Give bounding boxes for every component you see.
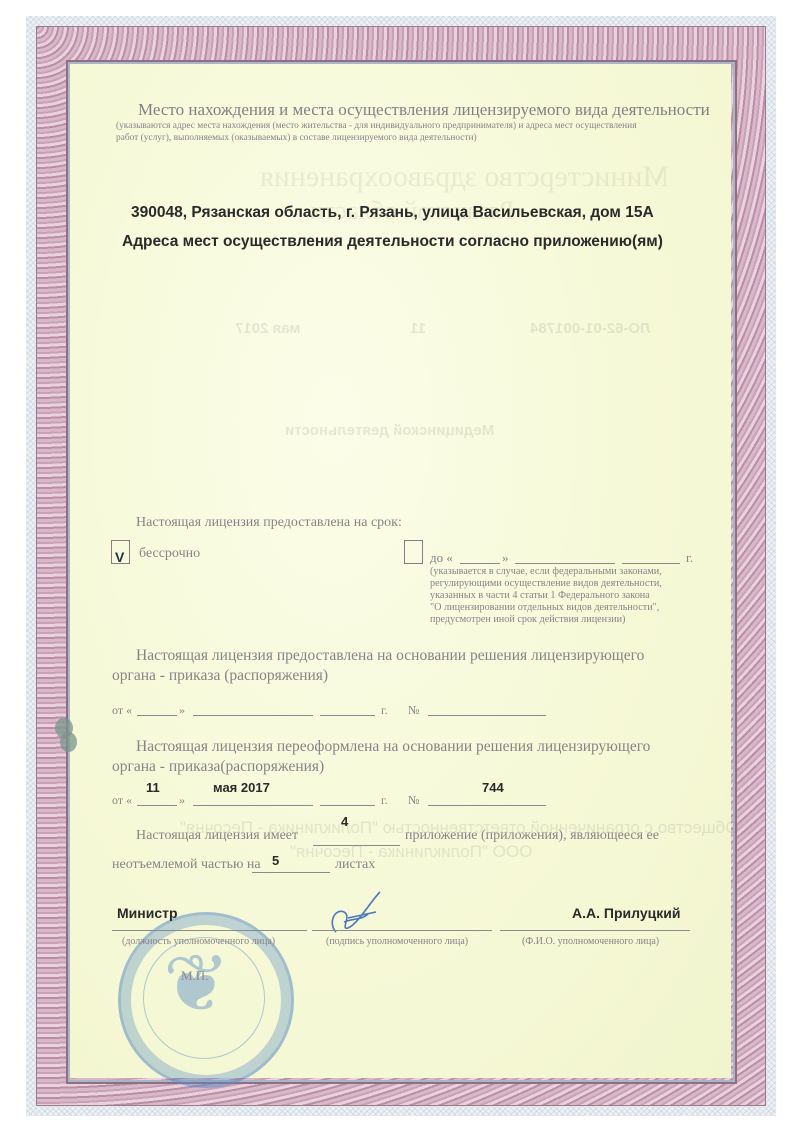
unlimited-label: бессрочно xyxy=(139,546,200,562)
address: 390048, Рязанская область, г. Рязань, ул… xyxy=(131,204,654,222)
until-suffix: г. xyxy=(686,550,693,566)
granted-from-prefix: от « xyxy=(112,703,132,718)
until-mid: » xyxy=(502,550,509,566)
term-label: Настоящая лицензия предоставлена на срок… xyxy=(136,515,402,531)
bleed-title-1: Министерство здравоохранения xyxy=(260,160,669,194)
appendix-text-suffix: приложение (приложения), являющееся ее xyxy=(405,828,659,844)
appendix-sheets: 5 xyxy=(272,853,279,868)
name-line xyxy=(500,930,690,931)
granted-number-field[interactable] xyxy=(428,715,546,716)
until-note-2: регулирующими осуществление видов деятел… xyxy=(430,578,662,589)
until-note-1: (указывается в случае, если федеральными… xyxy=(430,566,662,577)
granted-from-mid: » xyxy=(179,703,185,718)
appendix-count-field[interactable] xyxy=(313,845,400,846)
scan-smudge-2 xyxy=(60,732,77,752)
granted-month-field[interactable] xyxy=(193,715,313,716)
granted-text: Настоящая лицензия предоставлена на осно… xyxy=(136,647,644,665)
reissued-number: 744 xyxy=(482,780,504,795)
until-note-4: "О лицензировании отдельных видов деятел… xyxy=(430,602,659,613)
reissued-month-year: мая 2017 xyxy=(213,780,270,795)
signature-caption: (подпись уполномоченного лица) xyxy=(326,936,468,947)
section-heading: Место нахождения и места осуществления л… xyxy=(138,100,710,120)
bleed-activity: Медицинской деятельности xyxy=(285,422,494,439)
granted-year-field[interactable] xyxy=(320,715,375,716)
bleed-license-date: мая 2017 xyxy=(235,320,301,337)
section-heading-note-2: работ (услуг), выполняемых (оказываемых)… xyxy=(116,133,477,143)
reissued-from-mid: » xyxy=(179,793,185,808)
until-month-field[interactable] xyxy=(515,563,615,564)
until-note-5: предусмотрен иной срок действия лицензии… xyxy=(430,614,625,625)
section-heading-note: (указываются адрес места нахождения (мес… xyxy=(116,121,637,131)
appendix-sheets-field[interactable] xyxy=(252,872,330,873)
signature-line xyxy=(312,930,492,931)
signatory-name: А.А. Прилуцкий xyxy=(572,905,680,921)
appendix-sheets-prefix: неотъемлемой частью на xyxy=(112,857,261,873)
reissued-text: Настоящая лицензия переоформлена на осно… xyxy=(136,738,650,756)
until-note-3: указанных в части 4 статьи 1 Федеральног… xyxy=(430,590,650,601)
granted-day-field[interactable] xyxy=(137,715,177,716)
reissued-day-field[interactable] xyxy=(137,805,177,806)
reissued-year-field[interactable] xyxy=(320,805,375,806)
reissued-text-2: органа - приказа(распоряжения) xyxy=(112,758,324,776)
appendix-sheets-suffix: листах xyxy=(335,857,375,873)
until-checkbox[interactable] xyxy=(404,540,423,564)
appendix-count: 4 xyxy=(341,814,348,829)
position-caption: (должность уполномоченного лица) xyxy=(122,936,275,947)
position-line xyxy=(112,930,307,931)
appendix-text-prefix: Настоящая лицензия имеет xyxy=(136,828,298,844)
bleed-license-day: 11 xyxy=(410,320,426,337)
reissued-month-field[interactable] xyxy=(193,805,313,806)
reissued-year-suffix: г. xyxy=(381,793,388,808)
granted-year-suffix: г. xyxy=(381,703,388,718)
until-prefix: до « xyxy=(430,550,453,566)
until-year-field[interactable] xyxy=(622,563,680,564)
bleed-license-number: ЛО-62-01-001784 xyxy=(530,320,651,337)
granted-number-label: № xyxy=(408,703,419,718)
reissued-day: 11 xyxy=(146,780,160,795)
reissued-number-field[interactable] xyxy=(428,805,546,806)
signatory-position: Министр xyxy=(117,905,178,921)
reissued-from-prefix: от « xyxy=(112,793,132,808)
check-mark-icon: V xyxy=(115,549,124,565)
until-day-field[interactable] xyxy=(460,563,500,564)
reissued-number-label: № xyxy=(408,793,419,808)
granted-text-2: органа - приказа (распоряжения) xyxy=(112,667,328,685)
stamp-label: М.П. xyxy=(181,968,208,984)
name-caption: (Ф.И.О. уполномоченного лица) xyxy=(522,936,659,947)
address-note: Адреса мест осуществления деятельности с… xyxy=(122,233,663,251)
coat-of-arms-icon: ❦ xyxy=(163,945,230,1025)
